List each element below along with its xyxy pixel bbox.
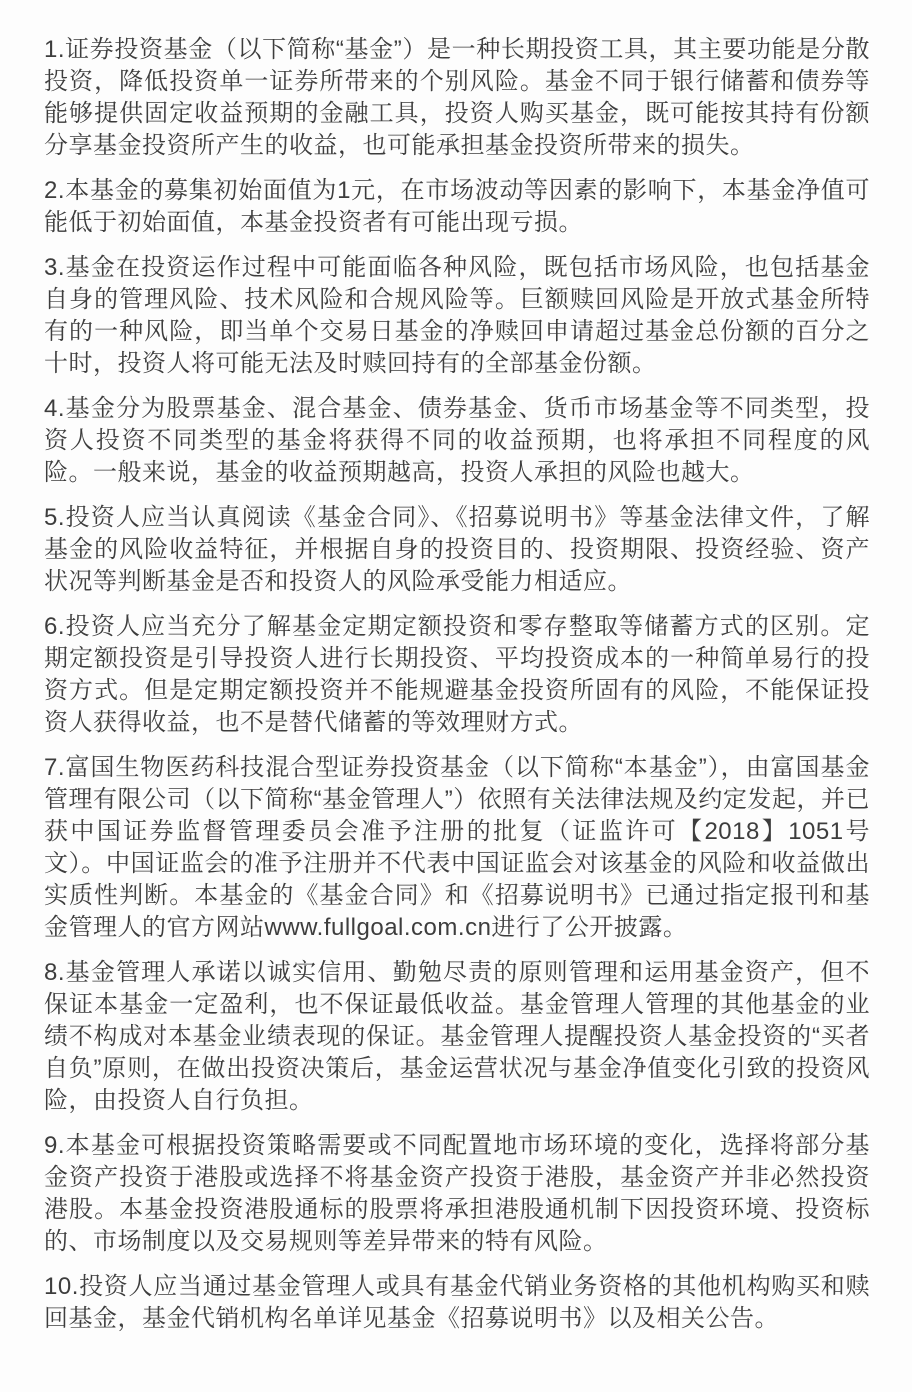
disclosure-paragraph-5: 5.投资人应当认真阅读《基金合同》、《招募说明书》等基金法律文件，了解基金的风险… <box>44 502 870 598</box>
disclosure-paragraph-2: 2.本基金的募集初始面值为1元，在市场波动等因素的影响下，本基金净值可能低于初始… <box>44 175 870 239</box>
disclosure-paragraph-9: 9.本基金可根据投资策略需要或不同配置地市场环境的变化，选择将部分基金资产投资于… <box>44 1130 870 1258</box>
disclosure-paragraph-7: 7.富国生物医药科技混合型证券投资基金（以下简称“本基金”），由富国基金管理有限… <box>44 752 870 944</box>
disclosure-paragraph-3: 3.基金在投资运作过程中可能面临各种风险，既包括市场风险，也包括基金自身的管理风… <box>44 252 870 380</box>
disclosure-paragraph-10: 10.投资人应当通过基金管理人或具有基金代销业务资格的其他机构购买和赎回基金，基… <box>44 1271 870 1335</box>
disclosure-paragraph-4: 4.基金分为股票基金、混合基金、债券基金、货币市场基金等不同类型，投资人投资不同… <box>44 393 870 489</box>
disclosure-paragraph-6: 6.投资人应当充分了解基金定期定额投资和零存整取等储蓄方式的区别。定期定额投资是… <box>44 611 870 739</box>
disclosure-paragraph-1: 1.证券投资基金（以下简称“基金”）是一种长期投资工具，其主要功能是分散投资，降… <box>44 34 870 162</box>
disclosure-paragraph-8: 8.基金管理人承诺以诚实信用、勤勉尽责的原则管理和运用基金资产，但不保证本基金一… <box>44 957 870 1117</box>
fund-risk-disclosure-page: 1.证券投资基金（以下简称“基金”）是一种长期投资工具，其主要功能是分散投资，降… <box>0 0 912 1392</box>
